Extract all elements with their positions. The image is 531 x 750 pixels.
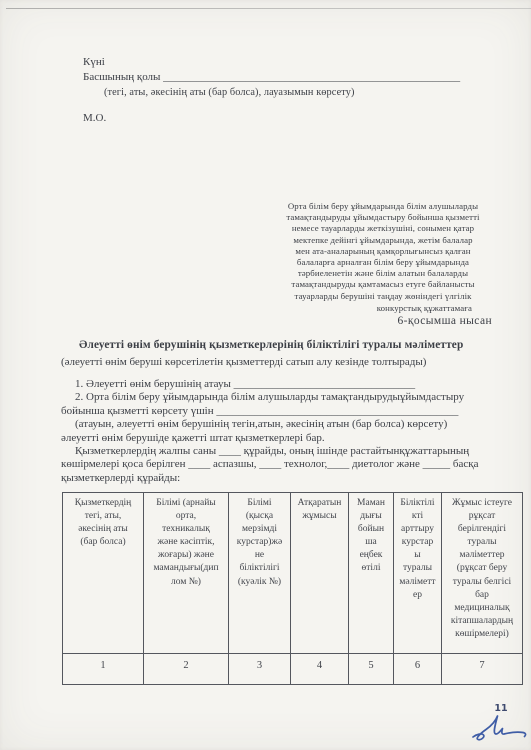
table-header-row: Қызметкердің тегі, аты, әкесінің аты (ба… (63, 493, 523, 654)
annex-line: тамақтандыруды қамтамасыз етуге байланыс… (252, 279, 514, 290)
form-line: көшірмелері қоса берілген ____ аспазшы, … (61, 458, 523, 471)
form-line: 2. Орта білім беру ұйымдарында білім алу… (61, 391, 523, 404)
staff-qualification-table: Қызметкердің тегі, аты, әкесінің аты (ба… (62, 492, 523, 685)
table-number-cell: 4 (291, 654, 349, 685)
annex-line: тауарларды берушіні таңдау жөніндегі үлг… (252, 291, 514, 302)
annex-line: балаларға арналған білім беру ұйымдарынд… (252, 257, 514, 268)
annex-line: тәрбиеленетін және білім алатын балалард… (252, 268, 514, 279)
scanned-document-page: Күні Басшының қолы _____________________… (0, 0, 531, 750)
form-subtitle: (әлеуетті өнім беруші көрсетілетін қызме… (61, 355, 523, 370)
annex-line: мектепке дейінгі ұйымдарында, жетім бала… (252, 235, 514, 246)
form-title: Әлеуетті өнім берушінің қызметкерлерінің… (61, 338, 523, 353)
table-header-cell: Білімі (арнайы орта, техникалық және кәс… (144, 493, 229, 654)
table-number-cell: 3 (229, 654, 291, 685)
table-number-cell: 1 (63, 654, 144, 685)
form-line: бойынша қызметті көрсету үшін __________… (61, 405, 523, 418)
table-number-cell: 7 (442, 654, 523, 685)
table-number-cell: 6 (394, 654, 442, 685)
form-line: әлеуетті өнім берушіде қажетті штат қызм… (61, 432, 523, 445)
table-header-cell: Жұмыс істеуге рұқсат берілгендігі туралы… (442, 493, 523, 654)
table-number-cell: 2 (144, 654, 229, 685)
table-header-cell: Білімі (қысқа мерзімді курстар)жә не біл… (229, 493, 291, 654)
form-line: қызметкерлерді құрайды: (61, 472, 523, 485)
form-text-block: Әлеуетті өнім берушінің қызметкерлерінің… (61, 338, 523, 485)
table-header-cell: Қызметкердің тегі, аты, әкесінің аты (ба… (63, 493, 144, 654)
table-header-cell: Атқаратын жұмысы (291, 493, 349, 654)
annex-reference-block: Орта білім беру ұйымдарында білім алушыл… (252, 201, 514, 328)
signature-stroke (473, 716, 526, 740)
seal-label: М.О. (83, 111, 460, 126)
scan-artifact-line (6, 8, 531, 9)
handwritten-signature (468, 710, 530, 746)
annex-line: Орта білім беру ұйымдарында білім алушыл… (252, 201, 514, 212)
annex-number-line: 6-қосымша нысан (252, 315, 514, 328)
table-number-row: 1 2 3 4 5 6 7 (63, 654, 523, 685)
form-line: Қызметкерлердің жалпы саны ____ құрайды,… (61, 445, 523, 458)
date-label: Күні (83, 55, 460, 70)
signature-block: Күні Басшының қолы _____________________… (83, 55, 460, 126)
table-header-cell: Маман дығы бойын ша еңбек өтілі (349, 493, 394, 654)
table-header-cell: Біліктілі кті арттыру курстар ы туралы м… (394, 493, 442, 654)
form-line: (атауын, әлеуетті өнім берушінің тегін,а… (61, 418, 523, 431)
annex-line: тамақтандыруды ұйымдастыру бойынша қызме… (252, 212, 514, 223)
signature-caption: (тегі, аты, әкесінің аты (бар болса), ла… (104, 85, 460, 100)
annex-doc-line: конкурстық құжаттамаға (252, 303, 514, 314)
head-signature-line: Басшының қолы __________________________… (83, 70, 460, 85)
form-line: 1. Әлеуетті өнім берушінің атауы _______… (61, 378, 523, 391)
annex-line: немесе тауарларды жеткізушіні, сонымен қ… (252, 223, 514, 234)
annex-line: мен ата-аналарының қамқорлығынсыз қалған (252, 246, 514, 257)
table-number-cell: 5 (349, 654, 394, 685)
